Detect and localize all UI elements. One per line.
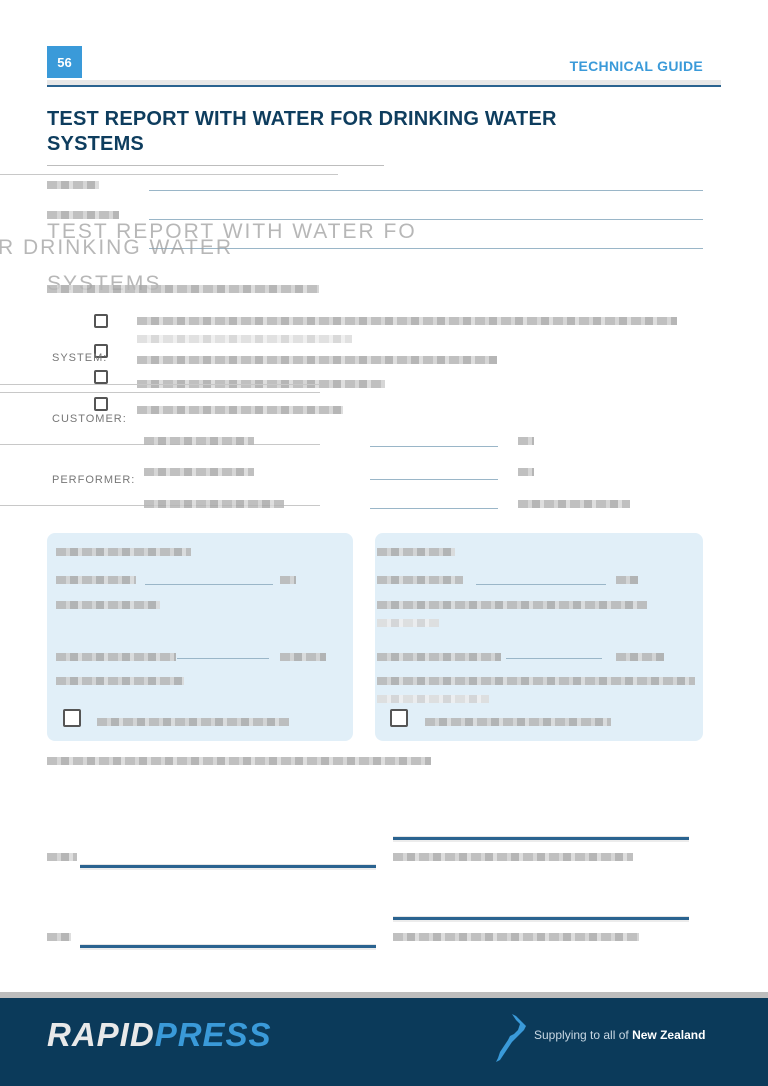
footnote xyxy=(47,752,431,770)
field-input-1[interactable] xyxy=(149,190,703,191)
measurement-unit-3 xyxy=(518,495,630,513)
title-rule xyxy=(47,165,384,166)
checklist-label-2 xyxy=(137,351,497,369)
field-label-1 xyxy=(47,176,99,194)
ghost-rule xyxy=(0,384,320,385)
panel-field1-label xyxy=(377,571,463,589)
panel-field2-label xyxy=(377,648,501,666)
panel-field1-unit xyxy=(280,571,296,589)
test-panel-left xyxy=(47,533,353,741)
ghost-label-customer: CUSTOMER: xyxy=(52,413,127,425)
logo-rapid: RAPID xyxy=(47,1016,155,1053)
rapidpress-logo: RAPIDPRESS xyxy=(47,1016,272,1054)
checklist-checkbox-3[interactable] xyxy=(94,370,108,384)
measurement-label-3 xyxy=(144,495,284,513)
signature-caption-1 xyxy=(393,848,633,866)
footer-tagline: Supplying to all of New Zealand xyxy=(534,1028,705,1042)
signature-left-label-2 xyxy=(47,928,71,946)
measurement-input-1[interactable] xyxy=(370,446,498,447)
panel-field1-label xyxy=(56,571,136,589)
logo-press: PRESS xyxy=(155,1016,272,1053)
signature-line-1[interactable] xyxy=(393,836,689,842)
signature-left-label-1 xyxy=(47,848,77,866)
panel-field2-unit xyxy=(616,648,664,666)
tagline-prefix: Supplying to all of xyxy=(534,1028,632,1042)
checklist-label-1 xyxy=(137,312,677,348)
panel-field1-input[interactable] xyxy=(476,584,606,585)
panel-title xyxy=(377,543,455,561)
ghost-label-performer: PERFORMER: xyxy=(52,474,135,486)
measurement-input-3[interactable] xyxy=(370,508,498,509)
measurement-unit-1 xyxy=(518,432,534,450)
ghost-label-system: SYSTEM: xyxy=(52,352,107,364)
checklist-checkbox-4[interactable] xyxy=(94,397,108,411)
panel-note1 xyxy=(56,596,160,614)
panel-field1-input[interactable] xyxy=(145,584,273,585)
panel-checkbox[interactable] xyxy=(63,709,81,727)
panel-note2 xyxy=(377,672,695,708)
measurement-input-2[interactable] xyxy=(370,479,498,480)
checklist-label-4 xyxy=(137,401,343,419)
ghost-rule xyxy=(0,174,338,175)
panel-field2-unit xyxy=(280,648,326,666)
header-rule xyxy=(47,85,721,87)
document-title: TEST REPORT WITH WATER FOR DRINKING WATE… xyxy=(47,107,647,157)
panel-note2 xyxy=(56,672,184,690)
date-line-2[interactable] xyxy=(80,944,376,950)
panel-field2-label xyxy=(56,648,176,666)
panel-checkbox[interactable] xyxy=(390,709,408,727)
checklist-checkbox-1[interactable] xyxy=(94,314,108,328)
section-intro xyxy=(47,280,319,298)
ghost-title-line-2: R DRINKING WATER xyxy=(0,236,233,260)
section-title: TECHNICAL GUIDE xyxy=(570,58,703,74)
new-zealand-map-icon xyxy=(494,1012,530,1064)
panel-note1 xyxy=(377,596,647,632)
page-number-badge: 56 xyxy=(47,46,82,78)
tagline-bold: New Zealand xyxy=(632,1028,705,1042)
measurement-label-2 xyxy=(144,463,254,481)
test-panel-right xyxy=(375,533,703,741)
date-line-1[interactable] xyxy=(80,864,376,870)
signature-line-2[interactable] xyxy=(393,916,689,922)
panel-title xyxy=(56,543,191,561)
signature-caption-2 xyxy=(393,928,639,946)
panel-field2-input[interactable] xyxy=(177,658,269,659)
panel-field2-input[interactable] xyxy=(506,658,602,659)
panel-check-label xyxy=(97,713,289,731)
panel-check-label xyxy=(425,713,611,731)
ghost-rule xyxy=(0,392,320,393)
measurement-label-1 xyxy=(144,432,254,450)
measurement-unit-2 xyxy=(518,463,534,481)
panel-field1-unit xyxy=(616,571,638,589)
